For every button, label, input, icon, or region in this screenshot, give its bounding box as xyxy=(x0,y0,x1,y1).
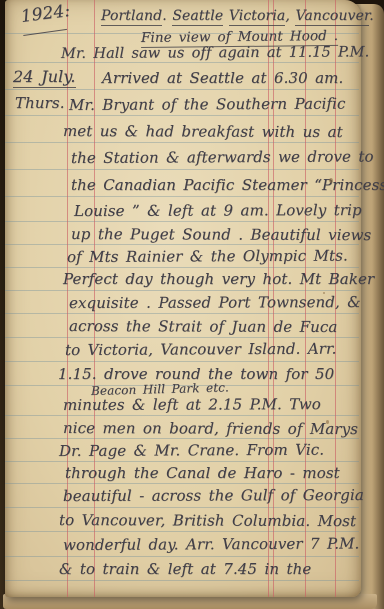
margin-date-text: Thurs. xyxy=(15,94,65,112)
year-underline-flourish xyxy=(23,27,67,36)
journal-line: Arrived at Seattle at 6.30 am. xyxy=(102,70,343,87)
journal-line: Mr. Bryant of the Southern Pacific xyxy=(69,96,346,114)
journal-line: beautiful - across the Gulf of Georgia xyxy=(63,487,364,505)
journal-line: of Mts Rainier & the Olympic Mts. xyxy=(67,248,348,266)
paper-blemish xyxy=(329,178,333,183)
place-name: Portland xyxy=(101,8,162,26)
separator xyxy=(223,8,229,24)
journal-line: to Victoria, Vancouver Island. Arr. xyxy=(65,341,337,359)
paper-blemish xyxy=(323,292,325,294)
journal-line: exquisite . Passed Port Townsend, & xyxy=(69,294,361,312)
journal-line: nice men on board, friends of Marys xyxy=(63,420,358,438)
journal-line: through the Canal de Haro - most xyxy=(65,465,340,482)
journal-page: 1924: Portland. Seattle Victoria, Vancou… xyxy=(5,0,361,597)
journal-line: the Canadian Pacific Steamer “Princess xyxy=(71,177,384,194)
journal-line: the Station & afterwards we drove to xyxy=(71,148,374,166)
place-name: Seattle xyxy=(172,8,223,26)
journal-line: 1.15. drove round the town for 50 xyxy=(58,366,334,383)
journal-line: Louise ” & left at 9 am. Lovely trip xyxy=(74,202,362,220)
place-name: Victoria xyxy=(229,8,286,26)
journal-line: Dr. Page & Mr. Crane. From Vic. xyxy=(59,442,324,460)
place-name: Vancouver xyxy=(295,8,369,26)
journal-line: up the Puget Sound . Beautiful views xyxy=(71,226,371,244)
journal-line: minutes & left at 2.15 P.M. Two xyxy=(63,396,321,413)
year-label: 1924: xyxy=(20,2,71,27)
journal-line: Perfect day though very hot. Mt Baker xyxy=(63,271,374,288)
photographed-notebook: 1924: Portland. Seattle Victoria, Vancou… xyxy=(0,0,384,609)
journal-line: & to train & left at 7.45 in the xyxy=(59,561,311,578)
journal-line: Mr. Hall saw us off again at 11.15 P.M. xyxy=(61,45,369,63)
separator: . xyxy=(162,8,172,24)
separator: , xyxy=(285,8,295,24)
journal-line: to Vancouver, British Columbia. Most xyxy=(59,512,356,530)
paper-blemish xyxy=(326,420,329,424)
margin-line-left-1 xyxy=(67,0,68,597)
margin-date-label: 24 July. xyxy=(13,68,76,86)
interline-note: Fine view of Mount Hood . xyxy=(141,29,338,46)
header-route-line: Portland. Seattle Victoria, Vancouver. xyxy=(101,9,374,24)
margin-date-text: 24 July. xyxy=(13,67,76,88)
journal-line: met us & had breakfast with us at xyxy=(63,123,343,140)
journal-line: wonderful day. Arr. Vancouver 7 P.M. xyxy=(63,535,359,553)
separator: . xyxy=(369,8,374,24)
margin-date-label: Thurs. xyxy=(15,95,65,112)
journal-line: across the Strait of Juan de Fuca xyxy=(69,318,337,335)
